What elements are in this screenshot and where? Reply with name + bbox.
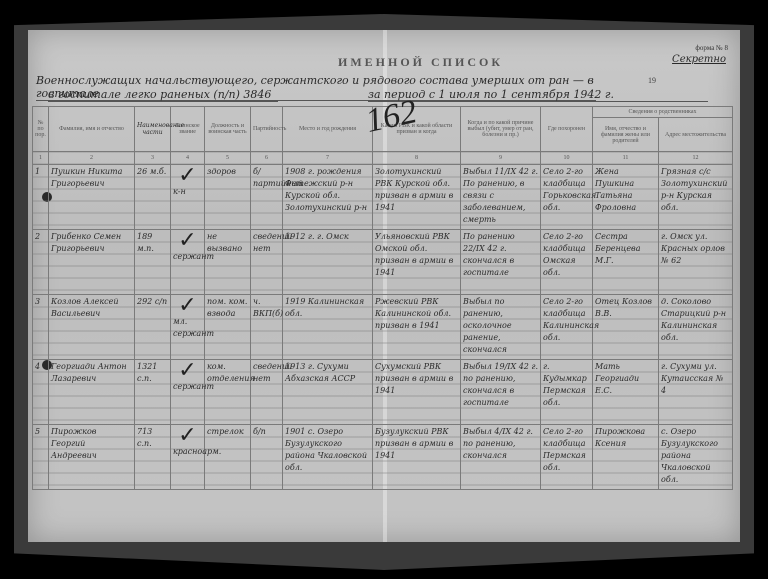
position: не вызвано — [205, 230, 251, 295]
col-num: 11 — [593, 152, 659, 165]
unit: 26 м.б. — [135, 165, 171, 230]
party: б/п — [251, 425, 283, 490]
address: с. Озеро Бузулукского района Чкаловской … — [659, 425, 733, 490]
cause: По ранению 22/IX 42 г. скончался в госпи… — [461, 230, 541, 295]
rank-cell: ✓к-н — [171, 165, 205, 230]
col-header-11: Имя, отчество и фамилия жены или родител… — [593, 118, 659, 152]
party: сведений нет — [251, 360, 283, 425]
checkmark-icon: ✓ — [173, 361, 202, 381]
header-line-3: за период с 1 июля по 1 сентября 1942 г. — [368, 88, 708, 102]
col-header-6: Партийность — [251, 107, 283, 152]
rank: к-н — [173, 187, 186, 196]
col-num: 7 — [283, 152, 373, 165]
secrecy-stamp: Секретно — [672, 54, 726, 65]
burial: Село 2-го кладбища Омская обл. — [541, 230, 593, 295]
address: г. Омск ул. Красных орлов № 62 — [659, 230, 733, 295]
col-header-2: Фамилия, имя и отчество — [49, 107, 135, 152]
year-prefix: 19 — [648, 76, 656, 85]
cause: Выбыл 4/IX 42 г. по ранению, скончался — [461, 425, 541, 490]
col-num: 2 — [49, 152, 135, 165]
relative: Сестра Беренцева М.Г. — [593, 230, 659, 295]
table-row: 1 Пушкин Никита Григорьевич 26 м.б. ✓к-н… — [33, 165, 733, 230]
conscription: Сухумский РВК призван в армии в 1941 — [373, 360, 461, 425]
col-header-4: Воинское звание — [171, 107, 205, 152]
soldier-name: Пирожков Георгий Андреевич — [49, 425, 135, 490]
column-number-row: 1 2 3 4 5 6 7 8 9 10 11 12 — [33, 152, 733, 165]
col-header-1: № по пор. — [33, 107, 49, 152]
unit: 1321 с.п. — [135, 360, 171, 425]
party: сведений нет — [251, 230, 283, 295]
col-header-10: Где похоронен — [541, 107, 593, 152]
table-row: 4 Георгиади Антон Лазаревич 1321 с.п. ✓с… — [33, 360, 733, 425]
conscription: Золотухинский РВК Курской обл. призван в… — [373, 165, 461, 230]
col-num: 5 — [205, 152, 251, 165]
conscription: Ржевский РВК Калининской обл. призван в … — [373, 295, 461, 360]
col-header-7: Место и год рождения — [283, 107, 373, 152]
row-number: 5 — [33, 425, 49, 490]
relative: Пирожкова Ксения — [593, 425, 659, 490]
rank-cell: ✓сержант — [171, 230, 205, 295]
col-num: 12 — [659, 152, 733, 165]
table-row: 2 Грибенко Семен Григорьевич 189 м.п. ✓с… — [33, 230, 733, 295]
burial: Село 2-го кладбища Калининская обл. — [541, 295, 593, 360]
checkmark-icon: ✓ — [173, 296, 202, 316]
party: б/партийный — [251, 165, 283, 230]
document-sheet: форма № 8 Секретно ИМЕННОЙ СПИСОК Военно… — [28, 30, 740, 542]
cause: Выбыл 19/IX 42 г. по ранению, скончался … — [461, 360, 541, 425]
col-num: 8 — [373, 152, 461, 165]
cause: Выбыл по ранению, осколочное ранение, ск… — [461, 295, 541, 360]
position: ком. отделения — [205, 360, 251, 425]
rank-cell: ✓мл. сержант — [171, 295, 205, 360]
rank-cell: ✓сержант — [171, 360, 205, 425]
col-num: 1 — [33, 152, 49, 165]
checkmark-icon: ✓ — [173, 166, 202, 186]
row-number: 1 — [33, 165, 49, 230]
row-number: 4 — [33, 360, 49, 425]
col-header-12: Адрес местожительства — [659, 118, 733, 152]
header-line-2: в госпитале легко раненых (п/п) 3846 — [48, 88, 278, 102]
burial: Село 2-го кладбища Горьковская обл. — [541, 165, 593, 230]
conscription: Ульяновский РВК Омской обл. призван в ар… — [373, 230, 461, 295]
relative: Отец Козлов В.В. — [593, 295, 659, 360]
position: здоров — [205, 165, 251, 230]
burial: г. Кудымкар Пермская обл. — [541, 360, 593, 425]
name-list-table: № по пор. Фамилия, имя и отчество Наимен… — [32, 106, 733, 490]
soldier-name: Пушкин Никита Григорьевич — [49, 165, 135, 230]
col-header-5: Должность и воинская часть — [205, 107, 251, 152]
soldier-name: Грибенко Семен Григорьевич — [49, 230, 135, 295]
col-header-3: Наименование части — [135, 107, 171, 152]
form-number: форма № 8 — [695, 44, 728, 52]
col-num: 10 — [541, 152, 593, 165]
position: пом. ком. взвода — [205, 295, 251, 360]
conscription: Бузулукский РВК призван в армии в 1941 — [373, 425, 461, 490]
soldier-name: Козлов Алексей Васильевич — [49, 295, 135, 360]
position: стрелок — [205, 425, 251, 490]
col-num: 3 — [135, 152, 171, 165]
row-number: 2 — [33, 230, 49, 295]
birth: 1912 г. г. Омск — [283, 230, 373, 295]
birth: 1913 г. Сухуми Абхазская АССР — [283, 360, 373, 425]
burial: Село 2-го кладбища Пермская обл. — [541, 425, 593, 490]
cause: Выбыл 11/IX 42 г. По ранению, в связи с … — [461, 165, 541, 230]
row-number: 3 — [33, 295, 49, 360]
table-row: 5 Пирожков Георгий Андреевич 713 с.п. ✓к… — [33, 425, 733, 490]
party: ч. ВКП(б) — [251, 295, 283, 360]
unit: 292 с/п — [135, 295, 171, 360]
birth: 1901 с. Озеро Бузулукского района Чкалов… — [283, 425, 373, 490]
document-title: ИМЕННОЙ СПИСОК — [338, 55, 503, 70]
birth: 1919 Калининская обл. — [283, 295, 373, 360]
table-row: 3 Козлов Алексей Васильевич 292 с/п ✓мл.… — [33, 295, 733, 360]
rank: красноарм. — [173, 447, 221, 456]
checkmark-icon: ✓ — [173, 231, 202, 251]
unit: 713 с.п. — [135, 425, 171, 490]
birth: 1908 г. рождения Фатежский р-н Курской о… — [283, 165, 373, 230]
address: Грязная с/с Золотухинский р-н Курская об… — [659, 165, 733, 230]
relative: Жена Пушкина Татьяна Фроловна — [593, 165, 659, 230]
col-header-9: Когда и по какой причине выбыл (убит, ум… — [461, 107, 541, 152]
soldier-name: Георгиади Антон Лазаревич — [49, 360, 135, 425]
relatives-group-header: Сведения о родственниках — [593, 107, 733, 118]
col-num: 6 — [251, 152, 283, 165]
address: г. Сухуми ул. Кутаисская № 4 — [659, 360, 733, 425]
relative: Мать Георгиади Е.С. — [593, 360, 659, 425]
rank-cell: ✓красноарм. — [171, 425, 205, 490]
address: д. Соколово Старицкий р-н Калининская об… — [659, 295, 733, 360]
unit: 189 м.п. — [135, 230, 171, 295]
checkmark-icon: ✓ — [173, 426, 202, 446]
col-num: 9 — [461, 152, 541, 165]
